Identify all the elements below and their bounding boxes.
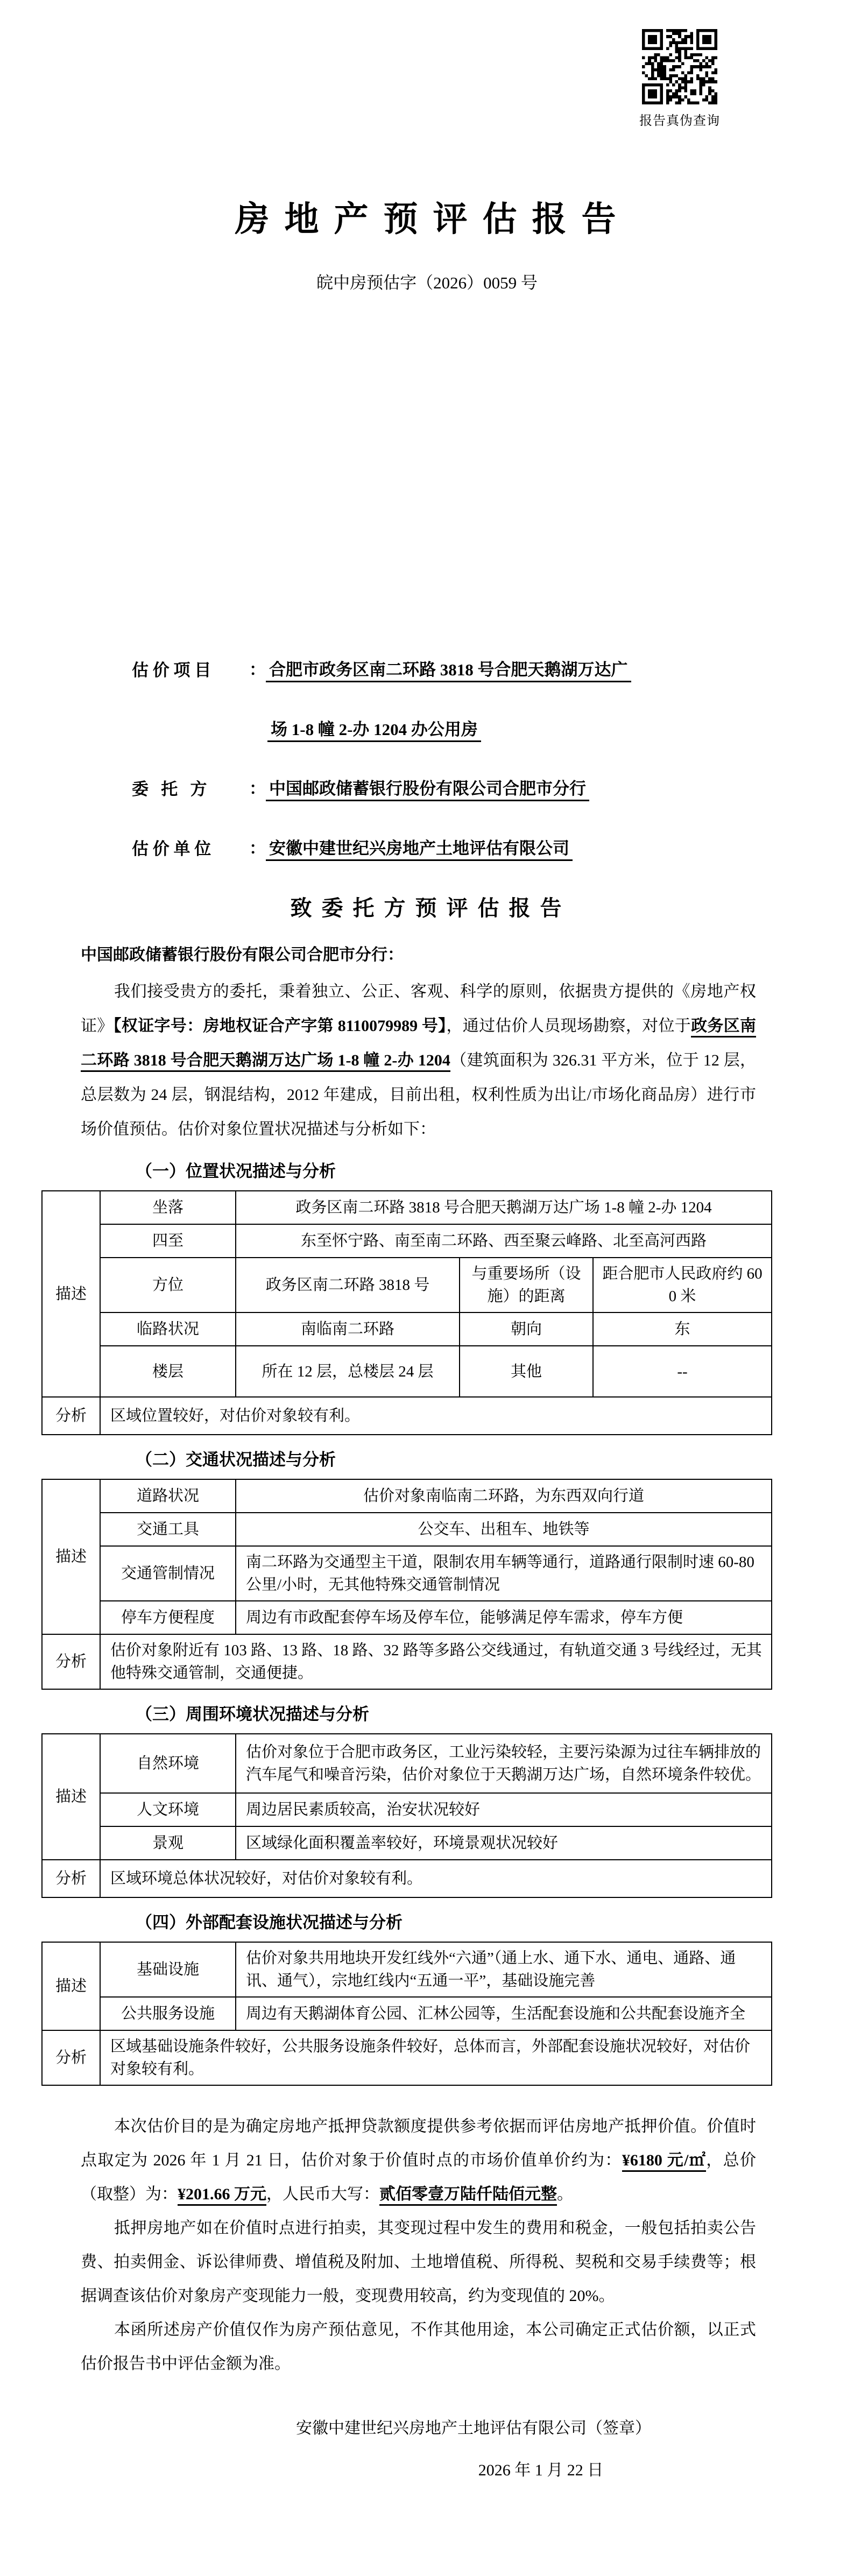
t3-r1-value: 估价对象位于合肥市政务区，工业污染较轻，主要污染源为过往车辆排放的汽车尾气和噪音…: [236, 1734, 772, 1793]
t4-r1-label: 基础设施: [100, 1942, 236, 1997]
t2-r2-label: 交通工具: [100, 1513, 236, 1546]
t3-r3-value: 区域绿化面积覆盖率较好，环境景观状况较好: [236, 1826, 772, 1860]
cover-fields: 估 价 项 目：合肥市政务区南二环路 3818 号合肥天鹅湖万达广 场 1-8 …: [132, 657, 854, 862]
t2-desc-label: 描述: [42, 1479, 100, 1634]
field-client: 委 托 方：中国邮政储蓄银行股份有限公司合肥市分行: [132, 776, 854, 802]
document-number: 皖中房预估字（2026）0059 号: [0, 269, 854, 293]
t2-r1-value: 估价对象南临南二环路，为东西双向行道: [236, 1479, 772, 1513]
client-colon: ：: [249, 779, 266, 798]
t1-r3-value2: 距合肥市人民政府约 600 米: [593, 1258, 772, 1312]
t1-analysis-label: 分析: [42, 1397, 100, 1435]
t1-r3-label: 方位: [100, 1258, 236, 1312]
t2-r4-label: 停车方便程度: [100, 1601, 236, 1634]
field-appraiser: 估 价 单 位：安徽中建世纪兴房地产土地评估有限公司: [132, 836, 854, 862]
t4-r2-label: 公共服务设施: [100, 1997, 236, 2030]
document-title: 房 地 产 预 评 估 报 告: [0, 192, 854, 241]
project-value-line2: 场 1-8 幢 2-办 1204 办公用房: [267, 720, 481, 742]
p2-part-6: 。: [557, 2185, 573, 2203]
section-heading-3: （三）周围环境状况描述与分析: [136, 1700, 854, 1725]
table-traffic: 描述 道路状况 估价对象南临南二环路，为东西双向行道 交通工具 公交车、出租车、…: [41, 1479, 772, 1690]
qr-code-icon: [642, 29, 717, 104]
t1-r4-label: 临路状况: [100, 1312, 236, 1346]
report-page: 报告真伪查询 房 地 产 预 评 估 报 告 皖中房预估字（2026）0059 …: [0, 0, 854, 2576]
t1-r4-value: 南临南二环路: [236, 1312, 460, 1346]
appraiser-value: 安徽中建世纪兴房地产土地评估有限公司: [266, 839, 573, 861]
t2-analysis-label: 分析: [42, 1634, 100, 1689]
closing-paragraph-value: 本次估价目的是为确定房地产抵押贷款额度提供参考依据而评估房地产抵押价值。价值时点…: [81, 2109, 756, 2211]
project-label: 估 价 项 目: [132, 658, 249, 683]
t1-r5-value2: --: [593, 1346, 772, 1397]
signature-date: 2026 年 1 月 22 日: [258, 2458, 689, 2483]
p1-part-1: 【权证字号：房地权证合产字第 8110079989 号】: [114, 1017, 447, 1035]
t3-analysis-label: 分析: [42, 1860, 100, 1897]
t1-r1-label: 坐落: [100, 1191, 236, 1224]
t3-r1-label: 自然环境: [100, 1734, 236, 1793]
t2-r3-value: 南二环路为交通型主干道，限制农用车辆等通行，道路通行限制时速 60-80 公里/…: [236, 1546, 772, 1601]
field-project-cont: 场 1-8 幢 2-办 1204 办公用房: [132, 717, 854, 743]
t1-r2-value: 东至怀宁路、南至南二环路、西至聚云峰路、北至高河西路: [236, 1224, 772, 1258]
closing-paragraph-auction: 抵押房地产如在价值时点进行拍卖，其变现过程中发生的费用和税金，一般包括拍卖公告费…: [81, 2211, 756, 2313]
t1-r1-value: 政务区南二环路 3818 号合肥天鹅湖万达广场 1-8 幢 2-办 1204: [236, 1191, 772, 1224]
qr-caption: 报告真伪查询: [639, 110, 720, 129]
t4-analysis: 区域基础设施条件较好，公共服务设施条件较好，总体而言，外部配套设施状况较好，对估…: [100, 2030, 772, 2085]
p1-part-2: ，通过估价人员现场勘察，对位于: [446, 1017, 691, 1035]
t3-desc-label: 描述: [42, 1734, 100, 1860]
project-value-line1: 合肥市政务区南二环路 3818 号合肥天鹅湖万达广: [266, 660, 631, 682]
table-facilities: 描述 基础设施 估价对象共用地块开发红线外“六通”（通上水、通下水、通电、通路、…: [41, 1942, 772, 2086]
section-heading-2: （二）交通状况描述与分析: [136, 1446, 854, 1470]
table-location: 描述 坐落 政务区南二环路 3818 号合肥天鹅湖万达广场 1-8 幢 2-办 …: [41, 1190, 772, 1435]
t1-r5-label2: 其他: [460, 1346, 593, 1397]
closing-paragraph-disclaimer: 本函所述房产价值仅作为房产预估意见，不作其他用途，本公司确定正式估价额，以正式估…: [81, 2313, 756, 2381]
t1-analysis: 区域位置较好，对估价对象较有利。: [100, 1397, 772, 1435]
table-environment: 描述 自然环境 估价对象位于合肥市政务区，工业污染较轻，主要污染源为过往车辆排放…: [41, 1733, 772, 1898]
field-project: 估 价 项 目：合肥市政务区南二环路 3818 号合肥天鹅湖万达广: [132, 657, 854, 683]
t1-desc-label: 描述: [42, 1191, 100, 1397]
appraiser-colon: ：: [249, 839, 266, 858]
qr-block: 报告真伪查询: [639, 29, 720, 129]
t2-r1-label: 道路状况: [100, 1479, 236, 1513]
p2-part-5: 贰佰零壹万陆仟陆佰元整: [379, 2185, 557, 2206]
t2-r4-value: 周边有市政配套停车场及停车位，能够满足停车需求，停车方便: [236, 1601, 772, 1634]
t1-r3-value: 政务区南二环路 3818 号: [236, 1258, 460, 1312]
salutation: 中国邮政储蓄银行股份有限公司合肥市分行：: [81, 943, 757, 967]
client-value: 中国邮政储蓄银行股份有限公司合肥市分行: [266, 779, 589, 801]
t1-r3-label2: 与重要场所（设施）的距离: [460, 1258, 593, 1312]
t4-desc-label: 描述: [42, 1942, 100, 2030]
letter-paragraph-1: 我们接受贵方的委托，秉着独立、公正、客观、科学的原则，依据贵方提供的《房地产权证…: [81, 975, 756, 1147]
letter-heading: 致 委 托 方 预 评 估 报 告: [0, 891, 854, 922]
t2-r3-label: 交通管制情况: [100, 1546, 236, 1601]
p2-part-3: ¥201.66 万元: [178, 2185, 266, 2206]
section-heading-1: （一）位置状况描述与分析: [136, 1158, 854, 1182]
signature-block: 安徽中建世纪兴房地产土地评估有限公司（签章） 2026 年 1 月 22 日: [258, 2416, 689, 2483]
t2-r2-value: 公交车、出租车、地铁等: [236, 1513, 772, 1546]
appraiser-label: 估 价 单 位: [132, 836, 249, 862]
p2-part-1: ¥6180 元/㎡: [622, 2151, 706, 2172]
t4-r2-value: 周边有天鹅湖体育公园、汇林公园等，生活配套设施和公共配套设施齐全: [236, 1997, 772, 2030]
t1-r5-value: 所在 12 层，总楼层 24 层: [236, 1346, 460, 1397]
p2-part-4: ，人民币大写：: [266, 2185, 379, 2203]
t2-analysis: 估价对象附近有 103 路、13 路、18 路、32 路等多路公交线通过，有轨道…: [100, 1634, 772, 1689]
client-label: 委 托 方: [132, 777, 249, 802]
project-colon: ：: [249, 660, 266, 679]
t3-analysis: 区域环境总体状况较好，对估价对象较有利。: [100, 1860, 772, 1897]
t3-r2-value: 周边居民素质较高，治安状况较好: [236, 1793, 772, 1826]
signature-company: 安徽中建世纪兴房地产土地评估有限公司（签章）: [258, 2416, 689, 2441]
t3-r2-label: 人文环境: [100, 1793, 236, 1826]
t1-r4-label2: 朝向: [460, 1312, 593, 1346]
t1-r2-label: 四至: [100, 1224, 236, 1258]
section-heading-4: （四）外部配套设施状况描述与分析: [136, 1909, 854, 1933]
t3-r3-label: 景观: [100, 1826, 236, 1860]
t4-r1-value: 估价对象共用地块开发红线外“六通”（通上水、通下水、通电、通路、通讯、通气），宗…: [236, 1942, 772, 1997]
t4-analysis-label: 分析: [42, 2030, 100, 2085]
t1-r5-label: 楼层: [100, 1346, 236, 1397]
t1-r4-value2: 东: [593, 1312, 772, 1346]
